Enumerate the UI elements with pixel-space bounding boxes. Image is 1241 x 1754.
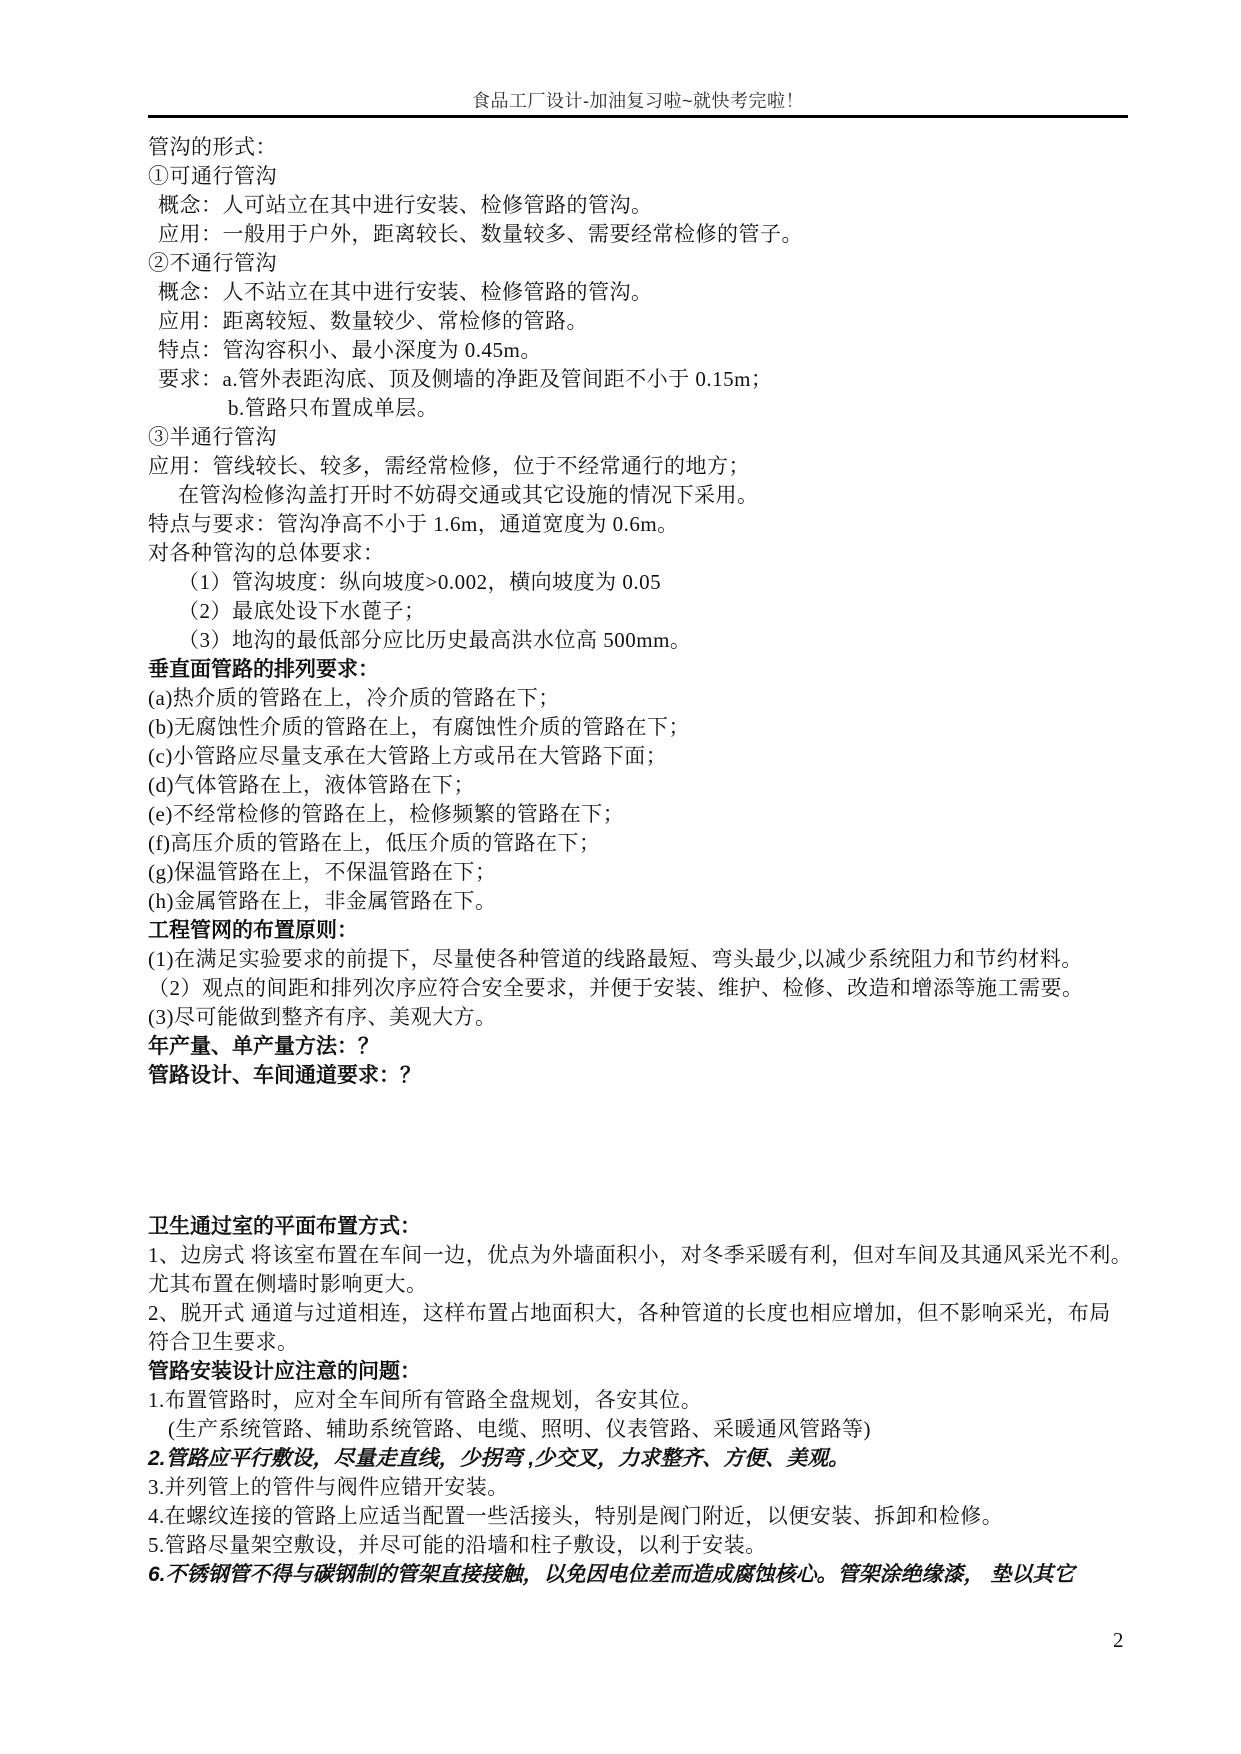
text-line: 年产量、单产量方法：？ — [148, 1032, 1128, 1061]
text-line: (f)高压介质的管路在上，低压介质的管路在下； — [148, 829, 1128, 858]
text-line: 管沟的形式： — [148, 133, 1128, 162]
content-column: 食品工厂设计-加油复习啦~就快考完啦！ 管沟的形式：①可通行管沟概念：人可站立在… — [148, 90, 1128, 1589]
text-line: 应用：距离较短、数量较少、常检修的管路。 — [148, 307, 1128, 336]
text-line: ②不通行管沟 — [148, 249, 1128, 278]
text-line: 1、边房式 将该室布置在车间一边，优点为外墙面积小，对冬季采暖有利，但对车间及其… — [148, 1241, 1128, 1270]
text-line: 4.在螺纹连接的管路上应适当配置一些活接头，特别是阀门附近，以便安装、拆卸和检修… — [148, 1502, 1128, 1531]
text-line: （2）最底处设下水蓖子； — [148, 597, 1128, 626]
text-line: 工程管网的布置原则： — [148, 916, 1128, 945]
text-line: （2）观点的间距和排列次序应符合安全要求，并便于安装、维护、检修、改造和增添等施… — [148, 974, 1128, 1003]
text-line: 应用：管线较长、较多，需经常检修，位于不经常通行的地方； — [148, 452, 1128, 481]
text-line: ①可通行管沟 — [148, 162, 1128, 191]
text-line: 概念：人可站立在其中进行安装、检修管路的管沟。 — [148, 191, 1128, 220]
text-line: (生产系统管路、辅助系统管路、电缆、照明、仪表管路、采暖通风管路等) — [148, 1415, 1128, 1444]
text-line: 要求：a.管外表距沟底、顶及侧墙的净距及管间距不小于 0.15m； — [148, 365, 1128, 394]
text-line: 在管沟检修沟盖打开时不妨碍交通或其它设施的情况下采用。 — [148, 481, 1128, 510]
text-line: 6.不锈钢管不得与碳钢制的管架直接接触，以免因电位差而造成腐蚀核心。管架涂绝缘漆… — [148, 1560, 1128, 1589]
page-number: 2 — [1113, 1628, 1124, 1653]
text-line: 1.布置管路时，应对全车间所有管路全盘规划，各安其位。 — [148, 1386, 1128, 1415]
document-page: 食品工厂设计-加油复习啦~就快考完啦！ 管沟的形式：①可通行管沟概念：人可站立在… — [0, 0, 1241, 1754]
text-line: 卫生通过室的平面布置方式： — [148, 1212, 1128, 1241]
text-line: (a)热介质的管路在上，冷介质的管路在下； — [148, 684, 1128, 713]
text-line: 管路安装设计应注意的问题： — [148, 1357, 1128, 1386]
text-line: 对各种管沟的总体要求： — [148, 539, 1128, 568]
text-line: 概念：人不站立在其中进行安装、检修管路的管沟。 — [148, 278, 1128, 307]
text-line: 符合卫生要求。 — [148, 1328, 1128, 1357]
text-line: 2、脱开式 通道与过道相连，这样布置占地面积大，各种管道的长度也相应增加，但不影… — [148, 1299, 1128, 1328]
text-line: (d)气体管路在上，液体管路在下； — [148, 771, 1128, 800]
text-line: (b)无腐蚀性介质的管路在上，有腐蚀性介质的管路在下； — [148, 713, 1128, 742]
text-block-sanitary-passage: 卫生通过室的平面布置方式：1、边房式 将该室布置在车间一边，优点为外墙面积小，对… — [148, 1212, 1128, 1589]
header-rule-divider — [148, 115, 1128, 118]
text-line: (3)尽可能做到整齐有序、美观大方。 — [148, 1003, 1128, 1032]
text-line: 尤其布置在侧墙时影响更大。 — [148, 1270, 1128, 1299]
text-block-pipe-trench: 管沟的形式：①可通行管沟概念：人可站立在其中进行安装、检修管路的管沟。应用：一般… — [148, 133, 1128, 1090]
text-line: ③半通行管沟 — [148, 423, 1128, 452]
text-line: (g)保温管路在上，不保温管路在下； — [148, 858, 1128, 887]
text-line: b.管路只布置成单层。 — [148, 394, 1128, 423]
text-line: 5.管路尽量架空敷设，并尽可能的沿墙和柱子敷设，以利于安装。 — [148, 1531, 1128, 1560]
text-line: （1）管沟坡度：纵向坡度>0.002，横向坡度为 0.05 — [148, 568, 1128, 597]
text-line: (1)在满足实验要求的前提下，尽量使各种管道的线路最短、弯头最少,以减少系统阻力… — [148, 945, 1128, 974]
text-line: 3.并列管上的管件与阀件应错开安装。 — [148, 1473, 1128, 1502]
text-line: 特点与要求：管沟净高不小于 1.6m，通道宽度为 0.6m。 — [148, 510, 1128, 539]
text-line: 管路设计、车间通道要求：？ — [148, 1061, 1128, 1090]
text-line: 2.管路应平行敷设，尽量走直线，少拐弯 ,少交叉，力求整齐、方便、美观。 — [148, 1444, 1128, 1473]
text-line: (h)金属管路在上，非金属管路在下。 — [148, 887, 1128, 916]
text-line: 特点：管沟容积小、最小深度为 0.45m。 — [148, 336, 1128, 365]
text-line: （3）地沟的最低部分应比历史最高洪水位高 500mm。 — [148, 626, 1128, 655]
text-line: (c)小管路应尽量支承在大管路上方或吊在大管路下面； — [148, 742, 1128, 771]
text-line: (e)不经常检修的管路在上，检修频繁的管路在下； — [148, 800, 1128, 829]
text-line: 垂直面管路的排列要求： — [148, 655, 1128, 684]
page-header-title: 食品工厂设计-加油复习啦~就快考完啦！ — [148, 90, 1128, 112]
text-line: 应用：一般用于户外，距离较长、数量较多、需要经常检修的管子。 — [148, 220, 1128, 249]
